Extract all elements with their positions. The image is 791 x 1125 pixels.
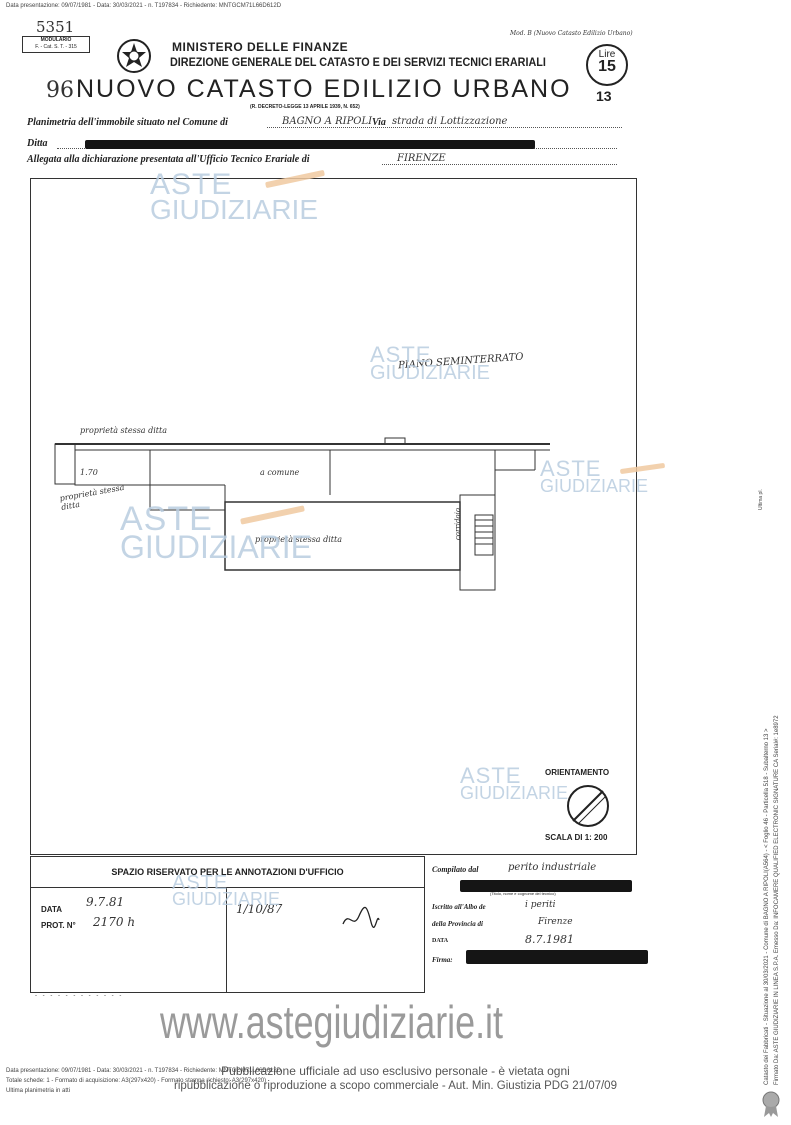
iscritto-label: Iscritto all'Albo de: [432, 903, 486, 911]
office-signature-icon: [341, 902, 381, 932]
scale-label: SCALA DI 1: 200: [545, 833, 607, 842]
office-prot-value: 2170 h: [93, 915, 135, 929]
planimetria-label: Planimetria dell'immobile situato nel Co…: [27, 117, 228, 128]
watermark-aste-6: ASTE GIUDIZIARIE: [172, 872, 280, 910]
sheet-number: 13: [596, 88, 612, 104]
price-badge: Lire 15: [586, 44, 628, 86]
compilato-value: perito industriale: [508, 862, 596, 873]
watermark-aste-4: ASTE GIUDIZIARIE: [120, 500, 312, 566]
label-corridor: corridoio: [454, 508, 462, 540]
provincia-label: della Provincia di: [432, 920, 483, 928]
iscritto-value: i periti: [525, 900, 556, 910]
compiler-data-value: 8.7.1981: [525, 933, 574, 946]
ditta-label: Ditta: [27, 138, 48, 149]
watermark-giudiziarie-text: GIUDIZIARIE: [370, 362, 490, 385]
ditta-row: Ditta: [27, 138, 627, 152]
compass-icon: [565, 783, 611, 829]
certification-seal-icon: [760, 1090, 782, 1118]
provincia-value: Firenze: [538, 917, 573, 927]
top-header-text: Data presentazione: 09/07/1981 - Data: 3…: [6, 3, 281, 9]
side-text-catasto: Catasto dei Fabbricati - Situazione al 3…: [764, 728, 770, 1085]
footer-line2: Totale schede: 1 - Formato di acquisizio…: [6, 1078, 266, 1084]
watermark-giudiziarie-text: GIUDIZIARIE: [150, 194, 318, 226]
footer-line3: Ultima planimetria in atti: [6, 1088, 70, 1094]
decree-reference: (R. DECRETO-LEGGE 13 APRILE 1939, N. 652…: [250, 104, 360, 110]
model-code: Mod. B (Nuovo Catasto Edilizio Urbano): [510, 30, 633, 37]
side-text-firmato: Firmato Da: ASTE GIUDIZIARIE IN LINEA S.…: [774, 715, 780, 1085]
ministry-name: MINISTERO DELLE FINANZE: [172, 40, 348, 54]
via-value: strada di Lottizzazione: [392, 116, 507, 127]
office-data-value: 9.7.81: [86, 895, 124, 909]
compiler-box: Compilato dal perito industriale (Titolo…: [430, 860, 650, 970]
redacted-ditta: [85, 140, 535, 149]
label-proprieta-top: proprietà stessa ditta: [80, 426, 167, 435]
document-prefix: 96: [46, 78, 74, 103]
document-title: NUOVO CATASTO EDILIZIO URBANO: [76, 75, 572, 104]
firma-label: Firma:: [432, 956, 453, 964]
planimetria-row: Planimetria dell'immobile situato nel Co…: [27, 117, 627, 131]
side-text-small: Ultima pl.: [758, 489, 764, 510]
compilato-label: Compilato dal: [432, 865, 478, 874]
watermark-giudiziarie-text: GIUDIZIARIE: [120, 529, 312, 566]
watermark-aste-1: ASTE GIUDIZIARIE: [150, 168, 318, 226]
allegata-label: Allegata alla dichiarazione presentata a…: [27, 154, 310, 165]
modulario-label: MODULARIO: [23, 37, 89, 44]
label-room-a: 1.70: [80, 468, 98, 477]
compilato-hint: (Titolo, nome e cognome del tecnico): [490, 891, 556, 896]
modulario-box: MODULARIO F. - Cat. S. T. - 315: [22, 36, 90, 53]
allegata-row: Allegata alla dichiarazione presentata a…: [27, 154, 627, 168]
footer-line1: Data presentazione: 09/07/1981 - Data: 3…: [6, 1068, 281, 1074]
watermark-giudiziarie-text: GIUDIZIARIE: [172, 889, 280, 910]
watermark-giudiziarie-text: GIUDIZIARIE: [540, 476, 648, 497]
price-badge-value: 15: [588, 60, 626, 74]
website-watermark: www.astegiudiziarie.it: [160, 995, 503, 1049]
via-label: Via: [372, 117, 386, 128]
office-prot-label: PROT. N°: [41, 921, 76, 930]
handwritten-number: 5351: [36, 18, 74, 36]
redacted-signature: [466, 950, 648, 964]
watermark-aste-2: ASTE GIUDIZIARIE: [370, 342, 490, 385]
office-data-label: DATA: [41, 905, 62, 914]
modulario-code: F. - Cat. S. T. - 315: [23, 44, 89, 51]
compiler-data-label: DATA: [432, 938, 448, 944]
watermark-giudiziarie-text: GIUDIZIARIE: [460, 783, 568, 804]
watermark-aste-3: ASTE GIUDIZIARIE: [540, 456, 648, 497]
box-footer-dots: - - - - - - - - - - - -: [35, 993, 123, 999]
comune-value: BAGNO A RIPOLI: [282, 116, 372, 127]
watermark-aste-5: ASTE GIUDIZIARIE: [460, 763, 568, 804]
label-room-b: a comune: [260, 468, 299, 477]
ufficio-value: FIRENZE: [397, 153, 446, 164]
italian-republic-emblem-icon: [115, 35, 153, 77]
direzione-generale: DIREZIONE GENERALE DEL CATASTO E DEI SER…: [170, 55, 546, 69]
